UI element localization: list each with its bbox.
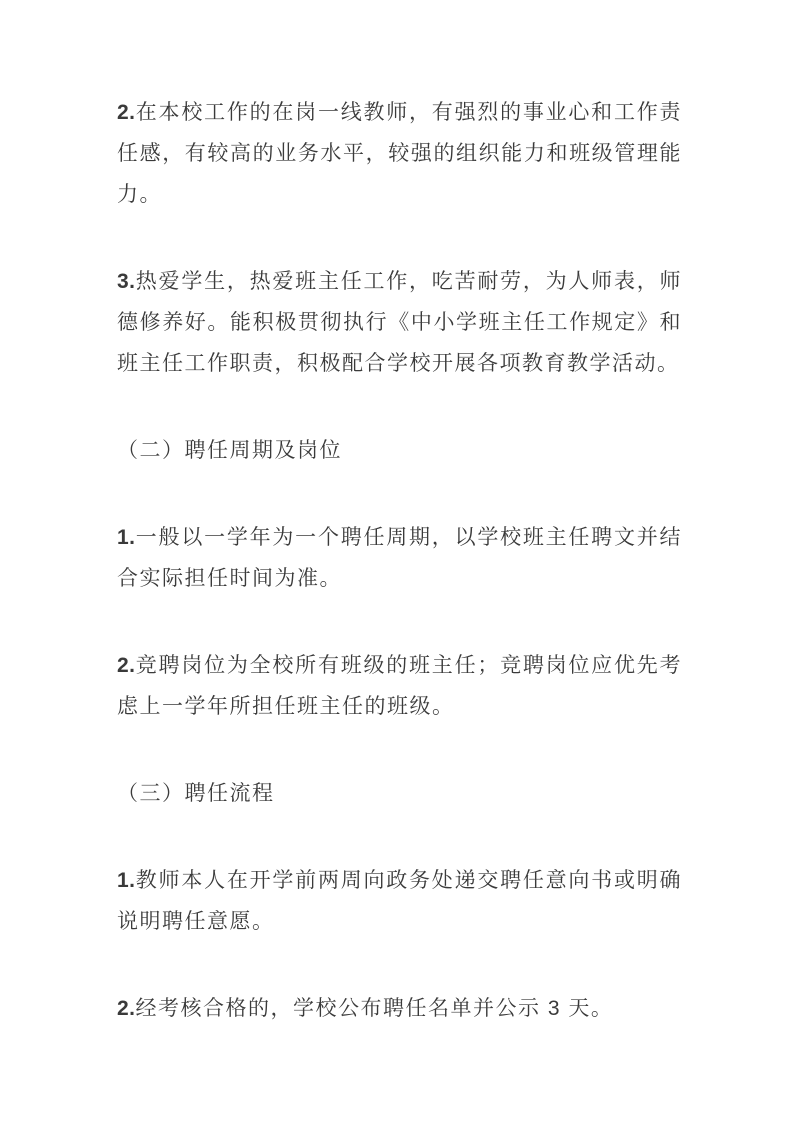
list-number: 1.: [117, 526, 136, 549]
paragraph: 1.教师本人在开学前两周向政务处递交聘任意向书或明确说明聘任意愿。: [117, 860, 682, 942]
paragraph: 2.在本校工作的在岗一线教师，有强烈的事业心和工作责任感，有较高的业务水平，较强…: [117, 92, 682, 215]
paragraph-text: （三）聘任流程: [117, 782, 275, 805]
paragraph-text: 在本校工作的在岗一线教师，有强烈的事业心和工作责任感，有较高的业务水平，较强的组…: [117, 101, 682, 206]
paragraph: 1.一般以一学年为一个聘任周期，以学校班主任聘文并结合实际担任时间为准。: [117, 517, 682, 599]
list-number: 2.: [117, 101, 136, 124]
list-number: 1.: [117, 869, 136, 892]
list-number: 2.: [117, 997, 136, 1020]
paragraph-text: 热爱学生，热爱班主任工作，吃苦耐劳，为人师表，师德修养好。能积极贯彻执行《中小学…: [117, 270, 682, 375]
section-heading: （三）聘任流程: [117, 773, 682, 814]
paragraph-text: 经考核合格的，学校公布聘任名单并公示 3 天。: [136, 997, 614, 1020]
list-number: 2.: [117, 654, 136, 677]
paragraph-text: 竞聘岗位为全校所有班级的班主任；竞聘岗位应优先考虑上一学年所担任班主任的班级。: [117, 654, 682, 718]
document-page: 2.在本校工作的在岗一线教师，有强烈的事业心和工作责任感，有较高的业务水平，较强…: [0, 0, 793, 1122]
paragraph: 3.热爱学生，热爱班主任工作，吃苦耐劳，为人师表，师德修养好。能积极贯彻执行《中…: [117, 261, 682, 384]
section-heading: （二）聘任周期及岗位: [117, 430, 682, 471]
paragraph: 2.竞聘岗位为全校所有班级的班主任；竞聘岗位应优先考虑上一学年所担任班主任的班级…: [117, 645, 682, 727]
list-number: 3.: [117, 270, 136, 293]
paragraph-text: 教师本人在开学前两周向政务处递交聘任意向书或明确说明聘任意愿。: [117, 869, 682, 933]
paragraph-text: 一般以一学年为一个聘任周期，以学校班主任聘文并结合实际担任时间为准。: [117, 526, 682, 590]
paragraph: 2.经考核合格的，学校公布聘任名单并公示 3 天。: [117, 988, 682, 1029]
paragraph-text: （二）聘任周期及岗位: [117, 439, 342, 462]
document-content: 2.在本校工作的在岗一线教师，有强烈的事业心和工作责任感，有较高的业务水平，较强…: [117, 92, 682, 1075]
